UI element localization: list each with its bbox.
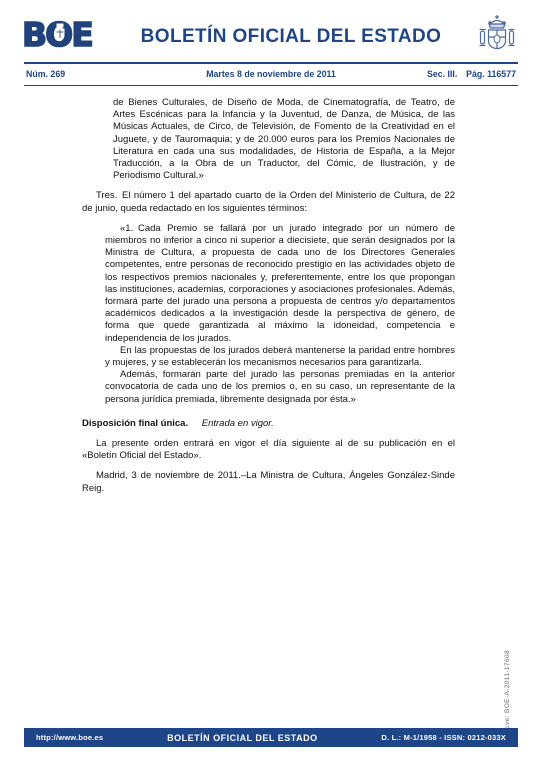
quoted-paragraph-1: «1. Cada Premio se fallará por un jurado…: [105, 223, 455, 345]
issue-date: Martes 8 de noviembre de 2011: [206, 69, 336, 79]
issue-number: Núm. 269: [26, 69, 206, 79]
quoted-text-continuation: de Bienes Culturales, de Diseño de Moda,…: [82, 97, 455, 182]
disposicion-final-label: Disposición final única.: [82, 418, 188, 429]
masthead: BOE BOLETÍN OFICIAL DEL ESTADO: [24, 0, 518, 60]
paragraph-firma-madrid: Madrid, 3 de noviembre de 2011.–La Minis…: [82, 470, 455, 494]
page-header: BOE BOLETÍN OFICIAL DEL ESTADO: [24, 0, 518, 86]
boe-logo: BOE: [24, 19, 108, 56]
masthead-title: BOLETÍN OFICIAL DEL ESTADO: [108, 26, 474, 48]
spain-coat-of-arms: [474, 13, 518, 62]
header-rule-bottom: [24, 85, 518, 86]
footer-title: BOLETÍN OFICIAL DEL ESTADO: [167, 733, 318, 743]
footer-legal: D. L.: M-1/1958 - ISSN: 0212-033X: [381, 733, 506, 742]
section-page: Sec. III. Pág. 116577: [336, 69, 516, 79]
coat-of-arms-icon: [476, 13, 518, 57]
logo-crest: [56, 23, 65, 40]
boe-document-page: BOE BOLETÍN OFICIAL DEL ESTADO: [0, 0, 542, 768]
paragraph-tres: Tres. El número 1 del apartado cuarto de…: [82, 190, 455, 214]
footer-url: http://www.boe.es: [36, 733, 103, 742]
paragraph-entrada-vigor: La presente orden entrará en vigor el dí…: [82, 438, 455, 462]
entrada-en-vigor-label: Entrada en vigor.: [202, 418, 274, 429]
quoted-paragraph-2: En las propuestas de los jurados deberá …: [105, 345, 455, 369]
disposicion-final-heading: Disposición final única. Entrada en vigo…: [82, 418, 455, 430]
document-body: de Bienes Culturales, de Diseño de Moda,…: [82, 97, 455, 503]
boe-logo-icon: BOE: [24, 19, 104, 51]
quoted-paragraph-3: Además, formarán parte del jurado las pe…: [105, 369, 455, 406]
footer-bar: http://www.boe.es BOLETÍN OFICIAL DEL ES…: [24, 728, 518, 747]
header-info-row: Núm. 269 Martes 8 de noviembre de 2011 S…: [24, 64, 518, 85]
quoted-article-block: «1. Cada Premio se fallará por un jurado…: [82, 223, 455, 406]
cve-vertical-code: cve: BOE-A-2011-17608: [504, 650, 511, 729]
